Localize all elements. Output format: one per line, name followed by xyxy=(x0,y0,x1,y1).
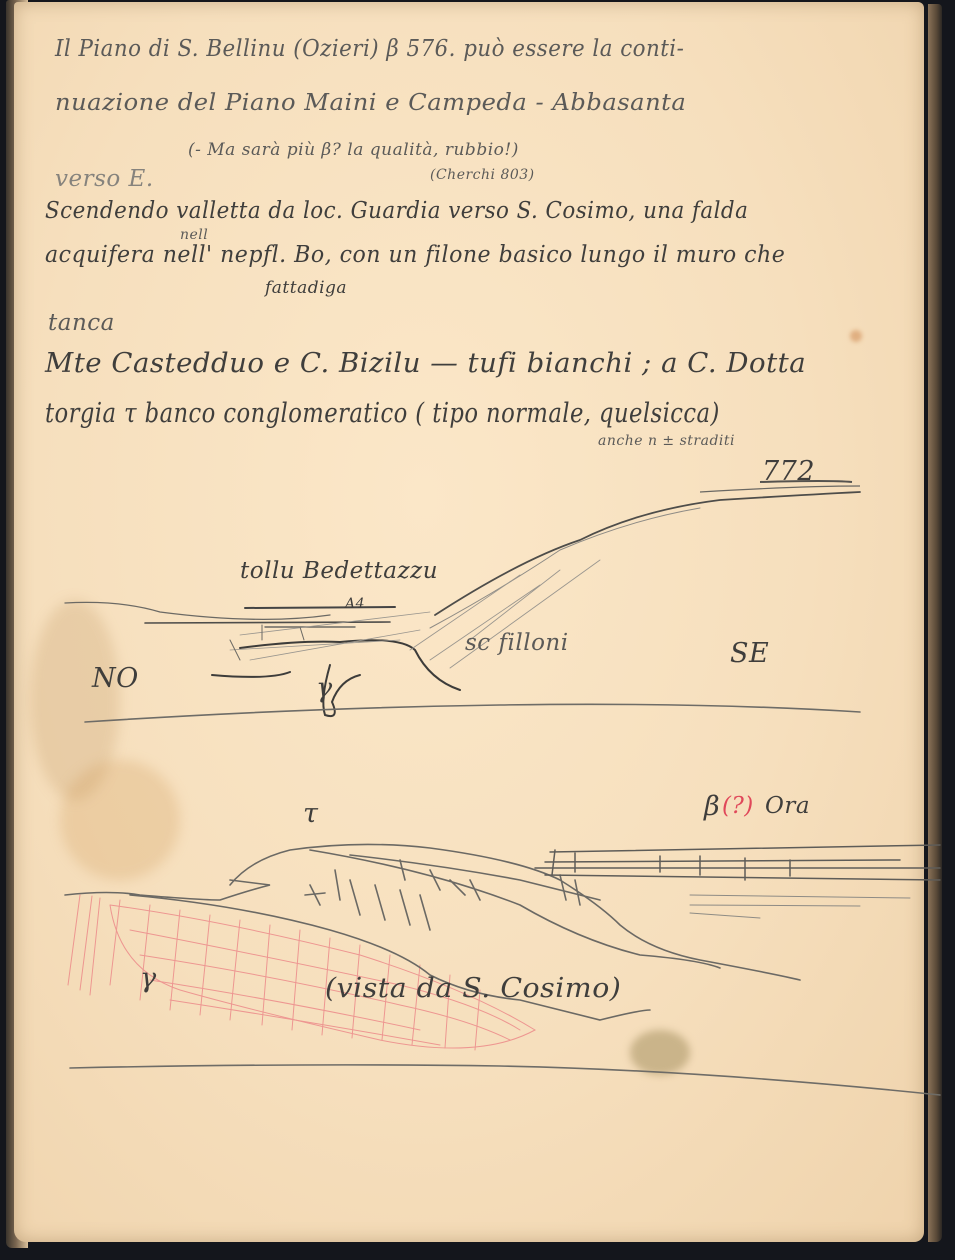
sketch1-label-top: tollu Bedettazzu xyxy=(240,560,438,583)
sketch1-label-no: NO xyxy=(92,665,139,692)
note-line-1: Il Piano di S. Bellinu (Ozieri) β 576. p… xyxy=(55,38,684,61)
note-cherchi-ref: (Cherchi 803) xyxy=(430,168,535,182)
sketch2-caption: (vista da S. Cosimo) xyxy=(325,975,621,1002)
note-line-3: (- Ma sarà più β? la qualità, rubbio!) xyxy=(188,142,519,159)
note-line-5: Scendendo valletta da loc. Guardia verso… xyxy=(45,200,748,223)
note-insert-nell: nell xyxy=(180,228,208,242)
sketch1-label-se: SE xyxy=(730,640,769,667)
sketch2-label-ora: Ora xyxy=(765,795,810,818)
water-spot xyxy=(630,1030,690,1075)
note-line-7: fattadiga xyxy=(265,280,347,297)
note-line-8: tanca xyxy=(48,312,115,335)
note-line-9: Mte Castedduo e C. Bizilu — tufi bianchi… xyxy=(45,350,806,377)
note-line-10: torgia τ banco conglomeratico ( tipo nor… xyxy=(45,400,720,427)
page-reference-number: 772 xyxy=(762,458,815,485)
notebook-right-edge xyxy=(928,4,942,1242)
note-line-2: nuazione del Piano Maini e Campeda - Abb… xyxy=(55,92,686,115)
foxing-stain xyxy=(60,760,180,880)
note-line-11: anche n ± straditi xyxy=(598,434,735,448)
note-line-4: verso E. xyxy=(55,168,154,191)
sketch1-label-a4: A4 xyxy=(345,597,365,611)
sketch2-label-beta: β xyxy=(704,793,720,820)
sketch1-label-gamma: γ xyxy=(316,675,333,702)
foxing-spot xyxy=(850,330,862,342)
sketch2-label-gamma: γ xyxy=(140,965,157,992)
sketch2-label-tau: τ xyxy=(303,800,318,827)
sketch2-label-query: (?) xyxy=(722,795,754,818)
sketch1-label-middle: sc filloni xyxy=(465,632,569,655)
note-line-6: acquifera nell' nepfl. Bo, con un filone… xyxy=(45,244,785,267)
